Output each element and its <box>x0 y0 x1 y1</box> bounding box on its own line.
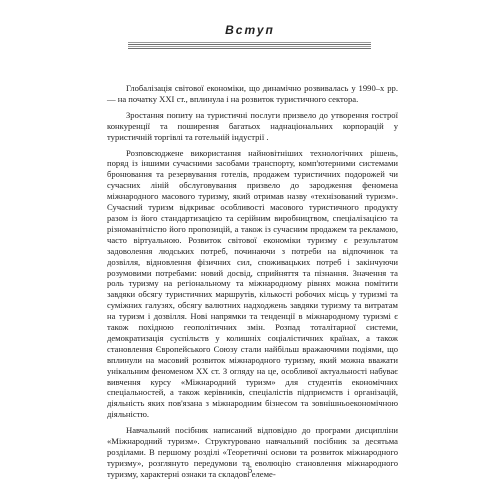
page-number: 5 <box>0 465 500 475</box>
paragraph: Розповсюджене використання найновітніших… <box>107 148 398 421</box>
body-text: Глобалізація світової економіки, що дина… <box>107 83 398 480</box>
paragraph: Зростання попиту на туристичні послуги п… <box>107 110 398 143</box>
section-title: Вступ <box>0 23 500 37</box>
document-page: Вступ Глобалізація світової економіки, щ… <box>0 0 500 500</box>
title-underline <box>128 42 371 50</box>
paragraph: Глобалізація світової економіки, що дина… <box>107 83 398 105</box>
